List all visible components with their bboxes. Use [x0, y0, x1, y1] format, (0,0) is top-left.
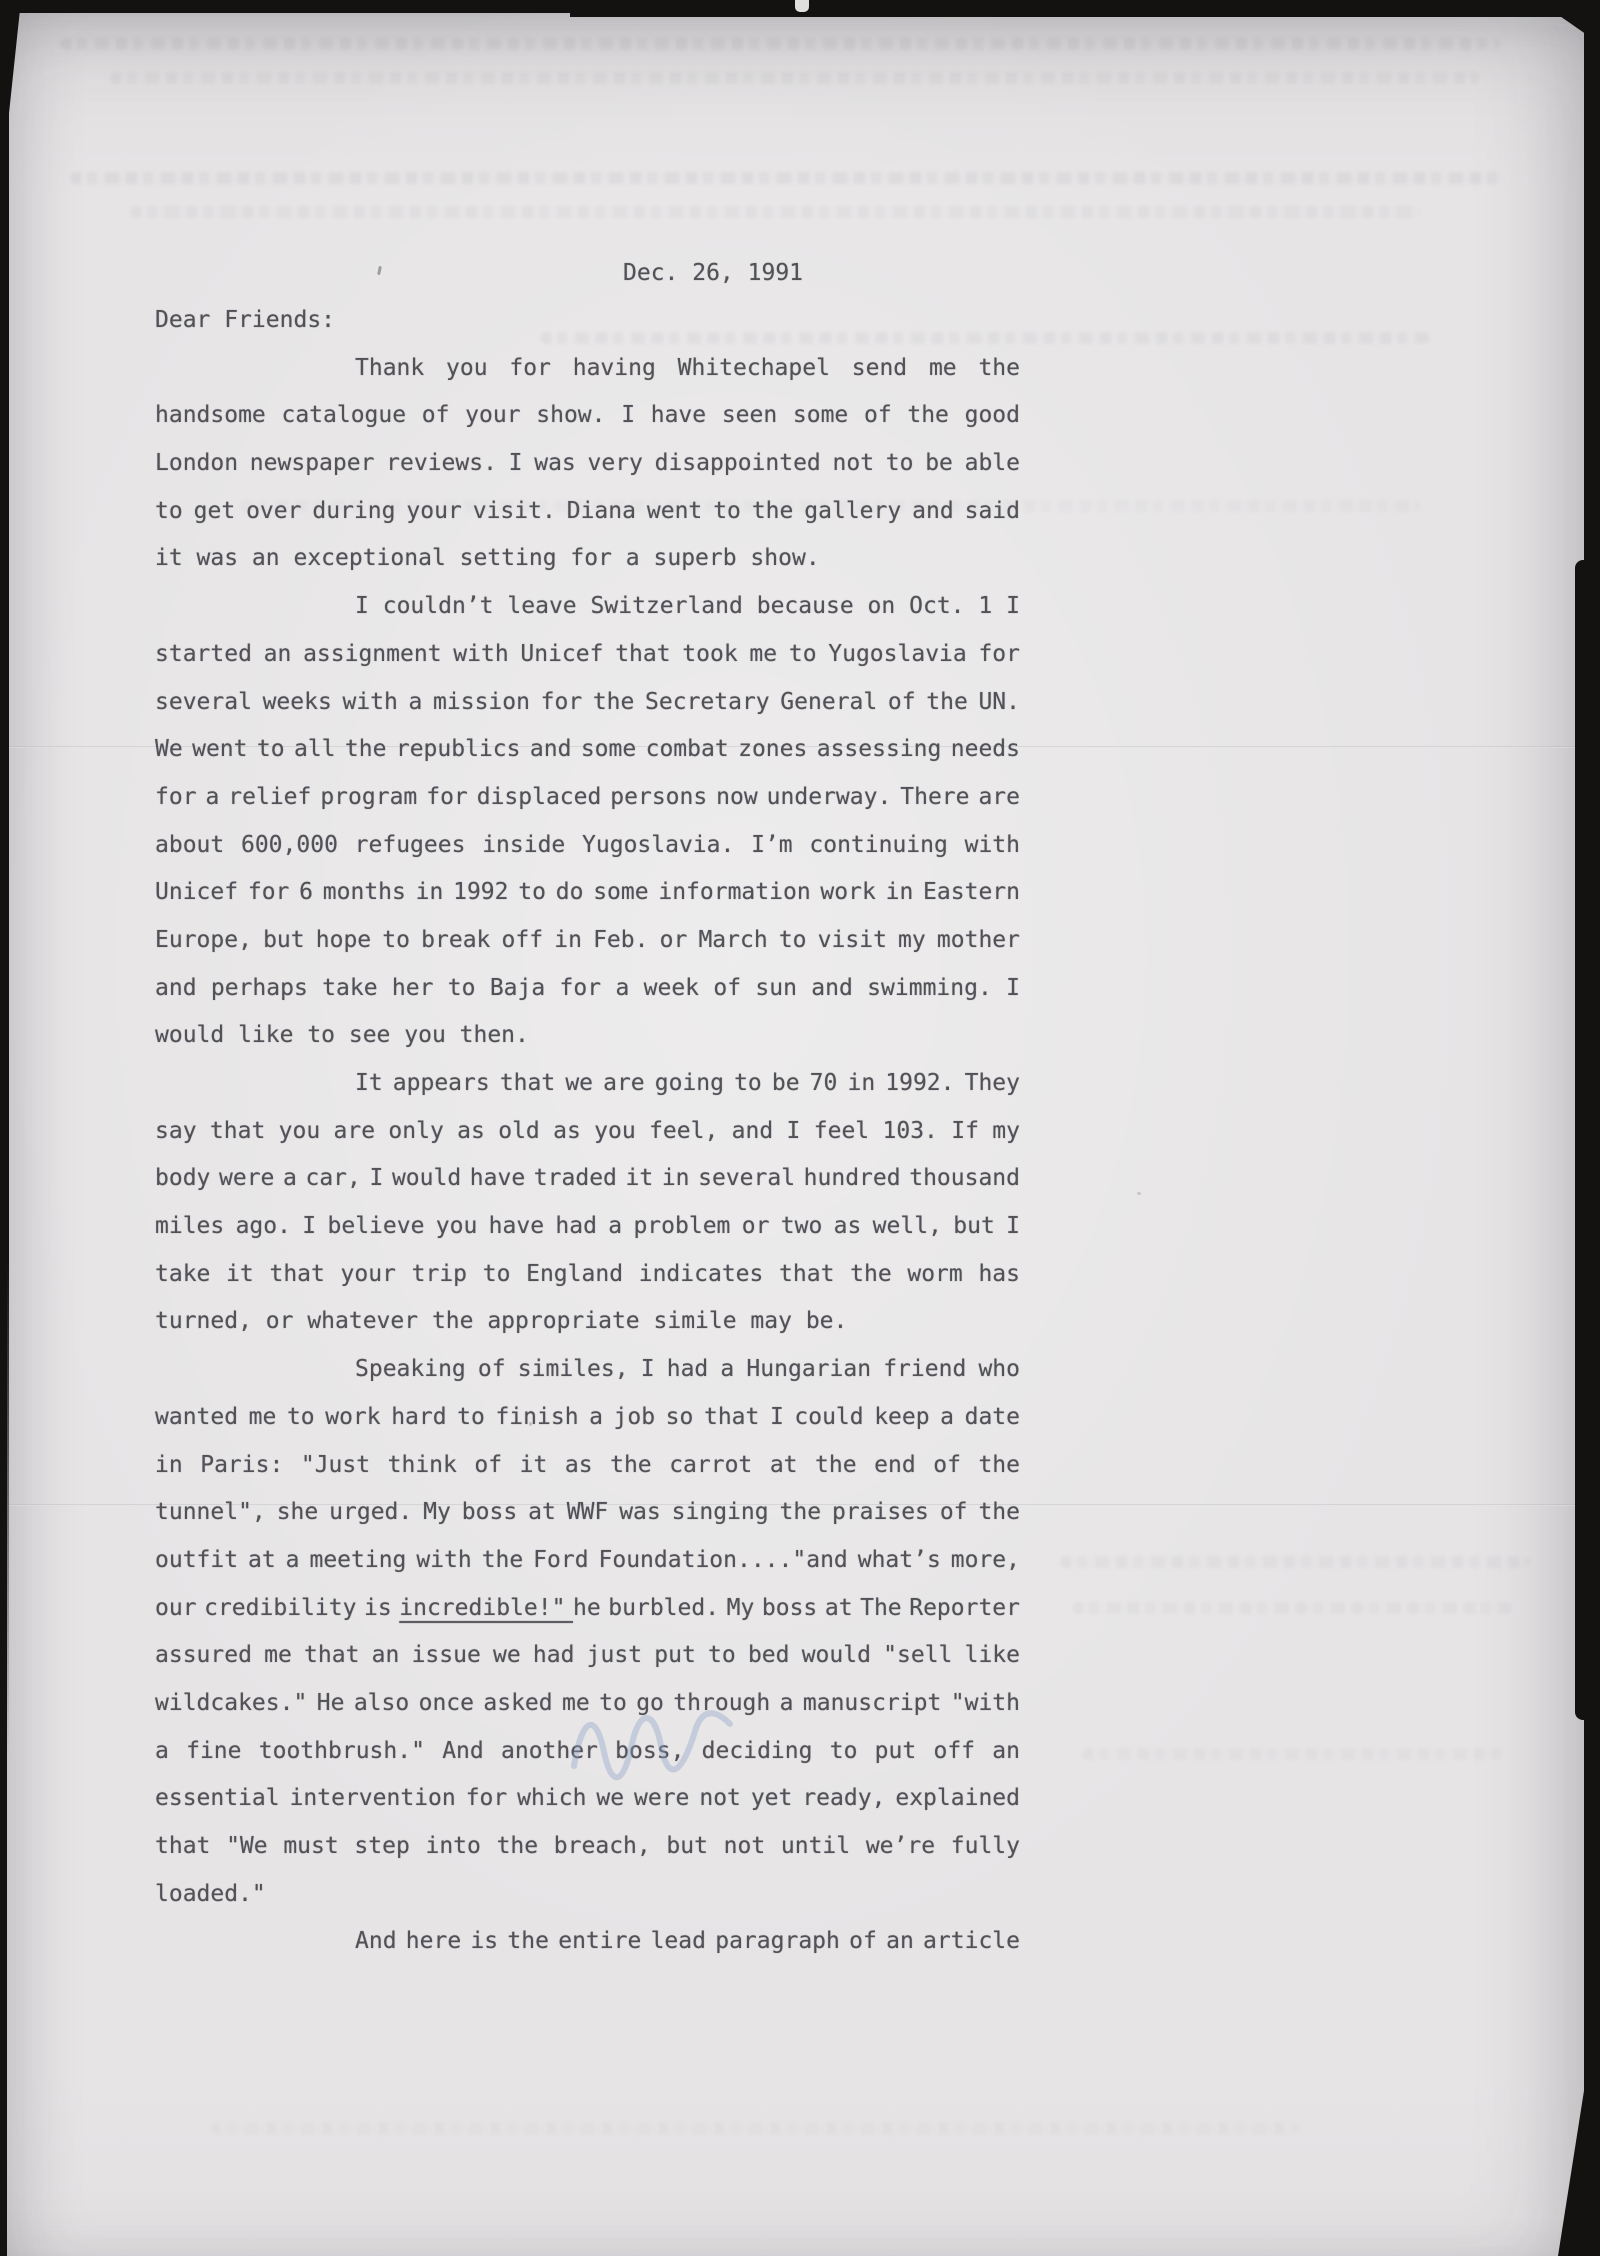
letter-line: loaded." — [155, 1871, 1020, 1919]
letter-line: Speaking of similes, I had a Hungarian f… — [155, 1346, 1020, 1394]
letter-line: miles ago. I believe you have had a prob… — [155, 1203, 1020, 1251]
letter-line: outfit at a meeting with the Ford Founda… — [155, 1537, 1020, 1585]
salutation: Dear Friends: — [155, 297, 1020, 345]
letter-line: It appears that we are going to be 70 in… — [155, 1060, 1020, 1108]
letter-line: body were a car, I would have traded it … — [155, 1155, 1020, 1203]
letter-line: wanted me to work hard to finish a job s… — [155, 1394, 1020, 1442]
bleedthrough-line — [1082, 1748, 1502, 1760]
letter-line: And here is the entire lead paragraph of… — [155, 1918, 1020, 1966]
letter-line: would like to see you then. — [155, 1012, 1020, 1060]
scan-edge-top — [570, 0, 1600, 17]
letter-line: Europe, but hope to break off in Feb. or… — [155, 917, 1020, 965]
bleedthrough-line — [1072, 1602, 1512, 1614]
dust-speck — [529, 1422, 532, 1426]
scan-edge-left — [0, 0, 9, 2256]
letter-date: Dec. 26, 1991 — [623, 250, 803, 298]
bleedthrough-line — [110, 72, 1480, 84]
letter-line: London newspaper reviews. I was very dis… — [155, 440, 1020, 488]
letter-line: Thank you for having Whitechapel send me… — [155, 345, 1020, 393]
letter-line: say that you are only as old as you feel… — [155, 1108, 1020, 1156]
scan-edge-notch — [795, 0, 809, 12]
letter-line: We went to all the republics and some co… — [155, 726, 1020, 774]
letter-line: assured me that an issue we had just put… — [155, 1632, 1020, 1680]
letter-line: it was an exceptional setting for a supe… — [155, 535, 1020, 583]
letter-line: I couldn’t leave Switzerland because on … — [155, 583, 1020, 631]
letter-line: about 600,000 refugees inside Yugoslavia… — [155, 822, 1020, 870]
dust-speck — [1137, 1192, 1141, 1195]
letter-line: and perhaps take her to Baja for a week … — [155, 965, 1020, 1013]
bleedthrough-line — [210, 2122, 1300, 2134]
letter-line: to get over during your visit. Diana wen… — [155, 488, 1020, 536]
scanned-letter-page: Dec. 26, 1991 Dear Friends: Thank you fo… — [0, 0, 1600, 2256]
letter-line: that "We must step into the breach, but … — [155, 1823, 1020, 1871]
letter-line: several weeks with a mission for the Sec… — [155, 679, 1020, 727]
letter-line: tunnel", she urged. My boss at WWF was s… — [155, 1489, 1020, 1537]
scan-edge-right — [1575, 560, 1600, 1720]
bleedthrough-line — [70, 172, 1500, 184]
letter-line: started an assignment with Unicef that t… — [155, 631, 1020, 679]
letter-line: take it that your trip to England indica… — [155, 1251, 1020, 1299]
letter-line: for a relief program for displaced perso… — [155, 774, 1020, 822]
bleedthrough-line — [130, 206, 1420, 218]
letter-line: Unicef for 6 months in 1992 to do some i… — [155, 869, 1020, 917]
handwritten-mark — [568, 1694, 738, 1794]
letter-line: turned, or whatever the appropriate simi… — [155, 1298, 1020, 1346]
bleedthrough-line — [1060, 1556, 1530, 1568]
bleedthrough-line — [60, 38, 1500, 50]
letter-line: in Paris: "Just think of it as the carro… — [155, 1442, 1020, 1490]
underlined-phrase: incredible!" — [399, 1595, 573, 1621]
letter-line: handsome catalogue of your show. I have … — [155, 392, 1020, 440]
letter-line: our credibility is incredible!" he burbl… — [155, 1585, 1020, 1633]
